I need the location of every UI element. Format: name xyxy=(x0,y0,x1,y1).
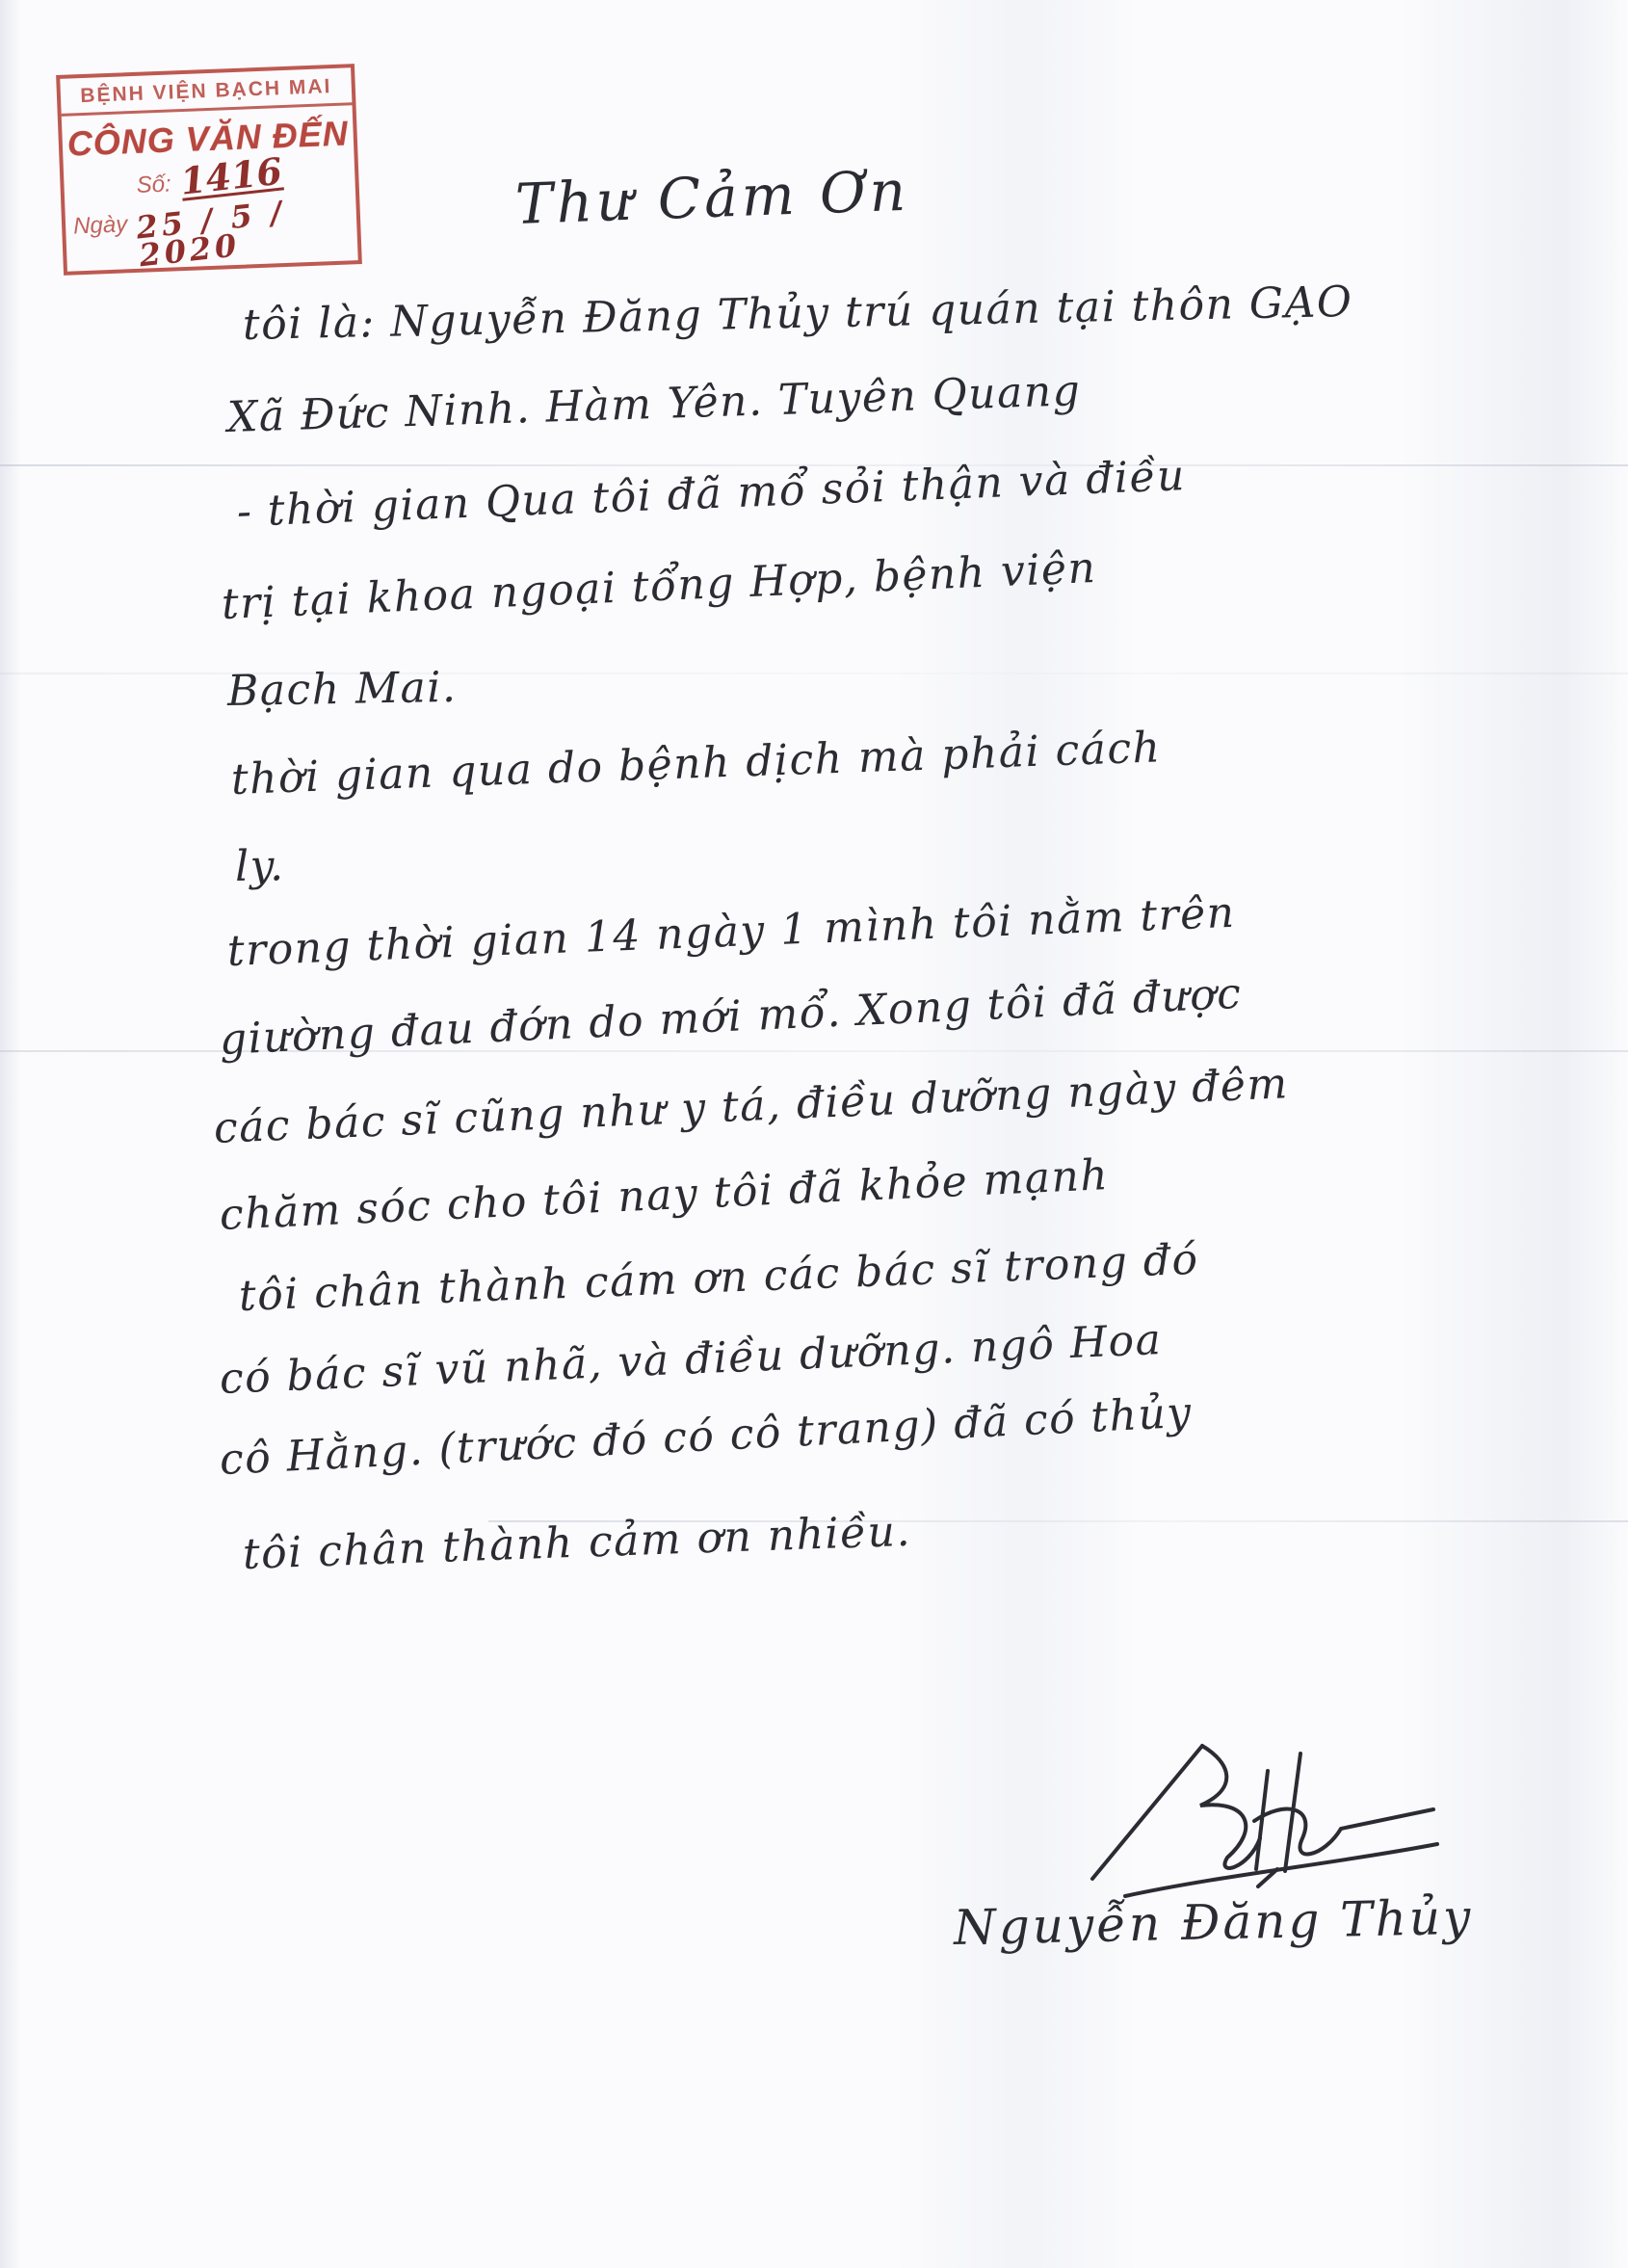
letter-line: có bác sĩ vũ nhã, và điều dưỡng. ngô Hoa xyxy=(219,1315,1163,1404)
letter-line: thời gian qua do bệnh dịch mà phải cách xyxy=(230,723,1162,804)
letter-line: ly. xyxy=(235,841,285,891)
letter-line: tôi là: Nguyễn Đăng Thủy trú quán tại th… xyxy=(242,277,1352,350)
letter-line: Bạch Mai. xyxy=(227,663,458,716)
letter-line: chăm sóc cho tôi nay tôi đã khỏe mạnh xyxy=(219,1150,1110,1240)
stamp-date-row: Ngày 25 / 5 / 2020 xyxy=(65,197,357,271)
signature-name: Nguyễn Đăng Thủy xyxy=(953,1889,1473,1956)
stamp-date-value: 25 / 5 / 2020 xyxy=(135,192,352,270)
letter-line: tôi chân thành cám ơn các bác sĩ trong đ… xyxy=(238,1235,1199,1321)
stamp-date-prefix: Ngày xyxy=(73,211,128,240)
letter-line: cô Hằng. (trước đó có cô trang) đã có th… xyxy=(219,1388,1194,1485)
letter-title: Thư Cảm Ơn xyxy=(514,158,910,237)
scanned-letter-page: BỆNH VIỆN BẠCH MAI CÔNG VĂN ĐẾN Số: 1416… xyxy=(0,0,1628,2268)
letter-line: tôi chân thành cảm ơn nhiều. xyxy=(242,1507,912,1579)
letter-line: các bác sĩ cũng như y tá, điều dưỡng ngà… xyxy=(213,1059,1290,1153)
stamp-number-prefix: Số: xyxy=(136,171,171,199)
letter-line: trong thời gian 14 ngày 1 mình tôi nằm t… xyxy=(226,888,1236,976)
arrival-stamp: BỆNH VIỆN BẠCH MAI CÔNG VĂN ĐẾN Số: 1416… xyxy=(56,64,362,276)
letter-line: trị tại khoa ngoại tổng Hợp, bệnh viện xyxy=(221,543,1097,629)
letter-line: Xã Đức Ninh. Hàm Yên. Tuyên Quang xyxy=(226,366,1082,442)
